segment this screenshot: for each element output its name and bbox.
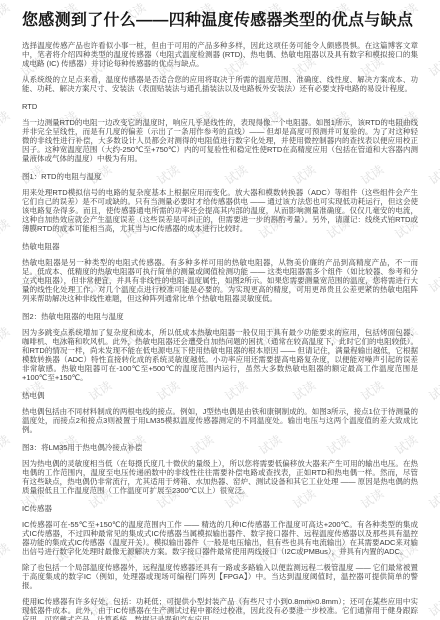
figure-caption: 图1：RTD的电阻与温度 (22, 172, 418, 181)
paragraph: 使用IC传感器有许多好处，包括：功耗低；可提供小型封装产品（有些尺寸小到0.8m… (22, 597, 418, 620)
paragraph: IC传感器可在-55℃至+150℃的温度范围内工作 —— 精选的几种IC传感器工… (22, 520, 418, 556)
paragraph: 用来处理RTD模拟信号的电路的复杂度基本上根据应用而变化。放大器和模数转换器（A… (22, 188, 418, 233)
section-heading-thermocouple: 热电偶 (22, 391, 418, 400)
document-page: { "watermark": { "text": "试读", "color": … (0, 0, 440, 620)
section-heading-rtd: RTD (22, 102, 418, 111)
paragraph: 当一边测量RTD的电阻一边改变它的温度时，响应几乎是线性的，表现得像一个电阻器。… (22, 118, 418, 163)
section-heading-ic-sensor: IC传感器 (22, 504, 418, 513)
page-title: 您感测到了什么——四种温度传感器类型的优点与缺点 (22, 11, 418, 30)
paragraph: 从系统级的立足点来看，温度传感器是否适合您的应用将取决于所需的温度范围、准确度、… (22, 75, 418, 93)
figure-caption: 图3：将LM35用于热电偶冷接点补偿 (22, 443, 418, 452)
section-heading-thermistor: 热敏电阻器 (22, 242, 418, 251)
article: 您感测到了什么——四种温度传感器类型的优点与缺点 选择温度传感产品也许看似小事一… (0, 0, 440, 620)
paragraph: 选择温度传感产品也许看似小事一桩，但由于可用的产品多种多样，因此这项任务可能令人… (22, 41, 418, 68)
paragraph: 因为多跳变点系统增加了复杂度和成本，所以低成本热敏电阻器一般仅用于具有最少功能要… (22, 328, 418, 382)
paragraph: 热敏电阻器是另一种类型的电阻式传感器。有多种多样可用的热敏电阻器，从物美价廉的产… (22, 258, 418, 303)
figure-caption: 图2：热敏电阻器的电阻与温度 (22, 312, 418, 321)
paragraph: 热电偶包括由不同材料制成的两根电线的接点。例如，J型热电偶是由铁和康铜制成的。如… (22, 407, 418, 434)
paragraph: 除了也包括一个局部温度传感器外，远程温度传感器还具有一路或多路输入以便监测远程二… (22, 563, 418, 590)
paragraph: 因为热电偶的灵敏度相当低（在每摄氏度几十微伏的量级上），所以您将需要低偏移放大器… (22, 459, 418, 495)
